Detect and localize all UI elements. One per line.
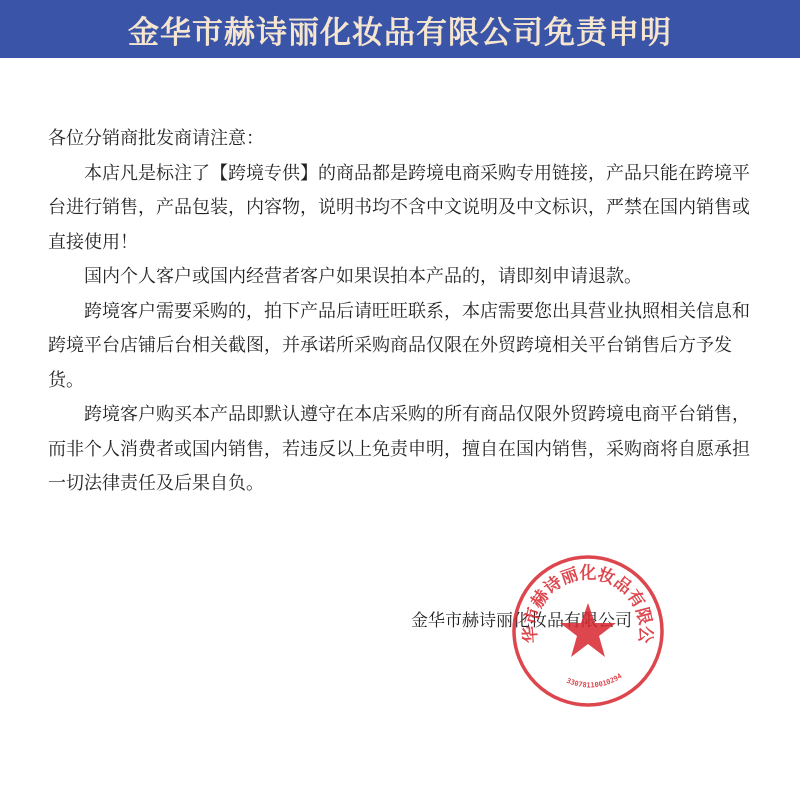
greeting-line: 各位分销商批发商请注意： <box>48 122 756 157</box>
page-title: 金华市赫诗丽化妆品有限公司免责申明 <box>128 7 672 52</box>
paragraph-liability: 跨境客户购买本产品即默认遵守在本店采购的所有商品仅限外贸跨境电商平台销售，而非个… <box>48 398 756 502</box>
paragraph-cross-border-only: 本店凡是标注了【跨境专供】的商品都是跨境电商采购专用链接，产品只能在跨境平台进行… <box>48 157 756 261</box>
disclaimer-body: 各位分销商批发商请注意： 本店凡是标注了【跨境专供】的商品都是跨境电商采购专用链… <box>48 122 756 502</box>
star-icon <box>560 603 616 657</box>
paragraph-refund-notice: 国内个人客户或国内经营者客户如果误拍本产品的，请即刻申请退款。 <box>48 260 756 295</box>
seal-registration-number: 33078110010294 <box>565 672 623 689</box>
paragraph-purchase-requirements: 跨境客户需要采购的，拍下产品后请旺旺联系，本店需要您出具营业执照相关信息和跨境平… <box>48 295 756 399</box>
seal-graphic: 金华市赫诗丽化妆品有限公司 33078110010294 <box>510 553 666 709</box>
header-banner: 金华市赫诗丽化妆品有限公司免责申明 <box>0 0 800 58</box>
company-seal: 金华市赫诗丽化妆品有限公司 33078110010294 <box>510 553 666 709</box>
